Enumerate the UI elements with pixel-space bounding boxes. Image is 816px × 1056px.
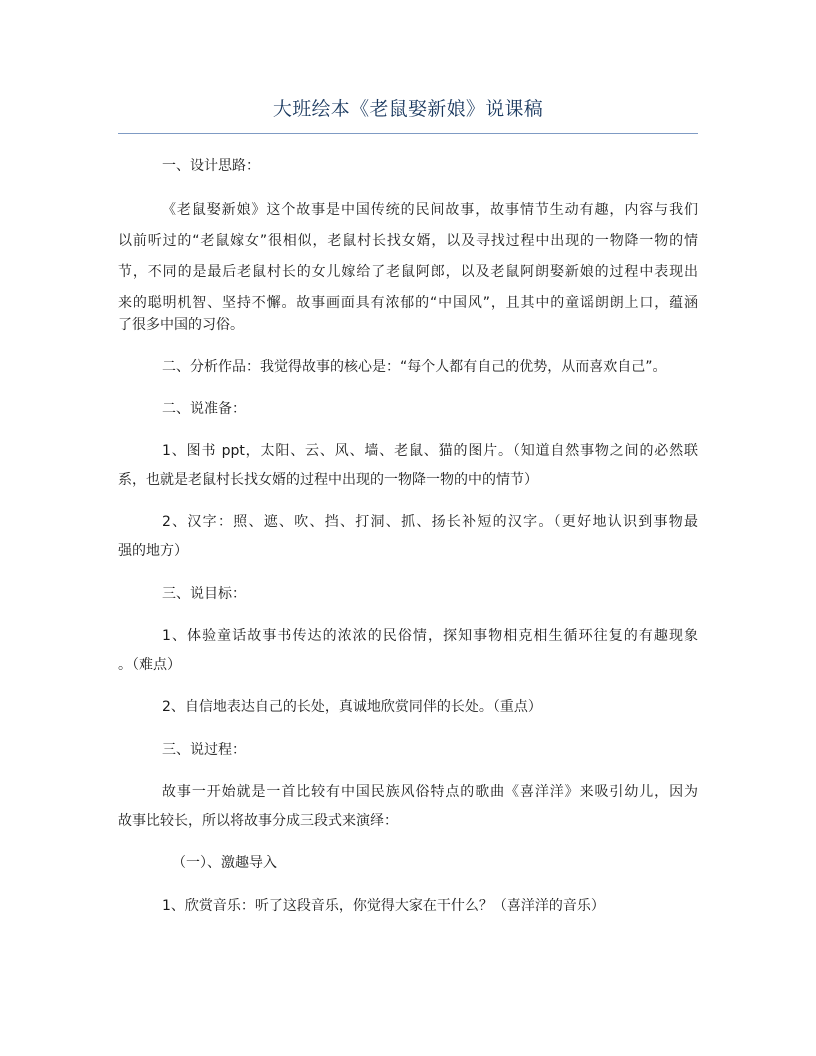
list-item-line: 2、自信地表达自己的长处，真诚地欣赏同伴的长处。（重点） <box>162 697 698 717</box>
section-heading-goals: 三、说目标： <box>162 584 698 604</box>
paragraph-line: 《老鼠娶新娘》这个故事是中国传统的民间故事，故事情节生动有趣，内容与我们 <box>162 200 698 220</box>
paragraph-line: 故事一开始就是一首比较有中国民族风俗特点的歌曲《喜洋洋》来吸引幼儿，因为 <box>162 782 698 802</box>
section-heading-design-idea: 一、设计思路： <box>162 156 698 176</box>
paragraph-line: 以前听过的“老鼠嫁女”很相似，老鼠村长找女婿，以及寻找过程中出现的一物降一物的情 <box>118 231 698 251</box>
list-item-line: 强的地方） <box>118 541 698 561</box>
list-item-line: 。（难点） <box>118 655 698 675</box>
list-item-line: 2、汉字：照、遮、吹、挡、打洞、抓、扬长补短的汉字。（更好地认识到事物最 <box>162 512 698 532</box>
list-item-line: 1、体验童话故事书传达的浓浓的民俗情，探知事物相克相生循环往复的有趣现象 <box>162 626 698 646</box>
section-heading-process: 三、说过程： <box>162 740 698 760</box>
paragraph-line: 节，不同的是最后老鼠村长的女儿嫁给了老鼠阿郎，以及老鼠阿朗娶新娘的过程中表现出 <box>118 262 698 282</box>
list-item-line: 1、图书 ppt，太阳、云、风、墙、老鼠、猫的图片。（知道自然事物之间的必然联 <box>162 441 698 461</box>
list-item-line: 系，也就是老鼠村长找女婿的过程中出现的一物降一物的中的情节） <box>118 470 698 490</box>
paragraph-line: 故事比较长，所以将故事分成三段式来演绎： <box>118 811 698 831</box>
section-heading-preparation: 二、说准备： <box>162 399 698 419</box>
document-page: 大班绘本《老鼠娶新娘》说课稿 一、设计思路： 《老鼠娶新娘》这个故事是中国传统的… <box>0 0 816 1056</box>
document-title: 大班绘本《老鼠娶新娘》说课稿 <box>118 96 698 122</box>
list-item-line: 1、欣赏音乐：听了这段音乐，你觉得大家在干什么？（喜洋洋的音乐） <box>162 896 698 916</box>
subheading-intro: （一）、激趣导入 <box>172 853 698 873</box>
title-divider <box>118 133 698 134</box>
paragraph-line: 来的聪明机智、坚持不懈。故事画面具有浓郁的“中国风”，且其中的童谣朗朗上口，蕴涵 <box>118 293 698 313</box>
section-heading-analysis: 二、分析作品：我觉得故事的核心是：“每个人都有自己的优势，从而喜欢自己”。 <box>162 357 698 377</box>
paragraph-line: 了很多中国的习俗。 <box>118 315 698 335</box>
